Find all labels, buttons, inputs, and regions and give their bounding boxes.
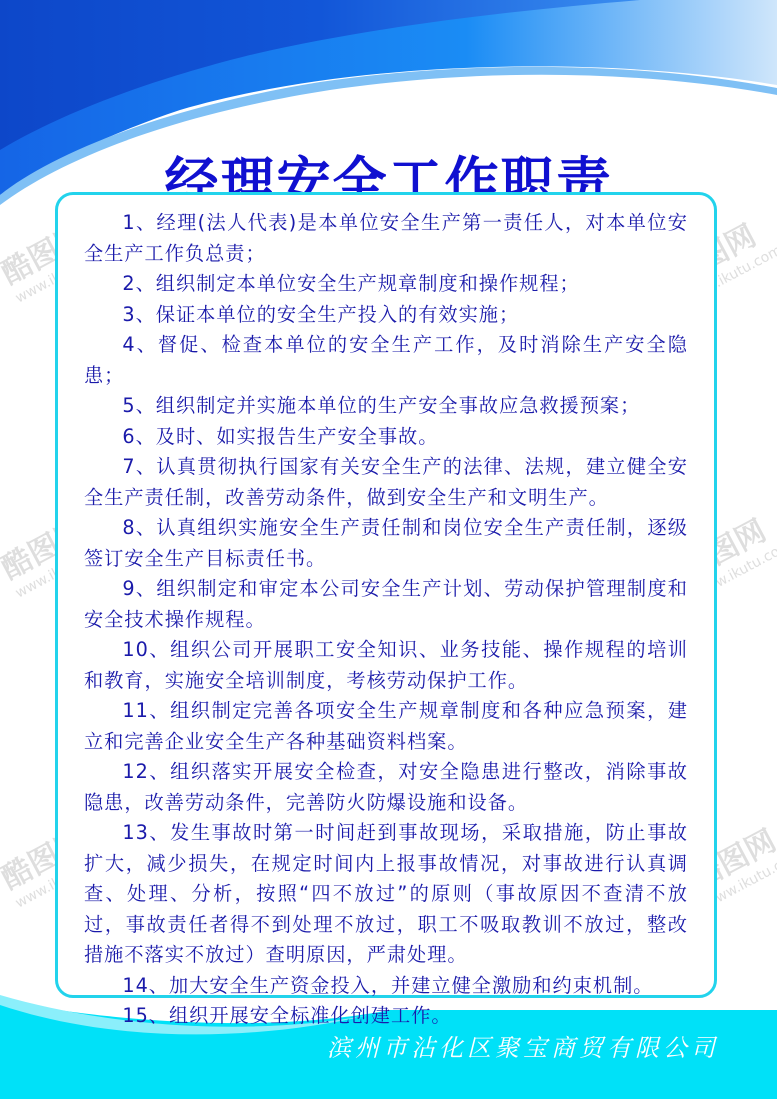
duty-item: 4、督促、检查本单位的安全生产工作，及时消除生产安全隐患； [84,330,688,391]
duty-item: 9、组织制定和审定本公司安全生产计划、劳动保护管理制度和安全技术操作规程。 [84,574,688,635]
duty-item: 5、组织制定并实施本单位的生产安全事故应急救援预案； [84,391,688,422]
duty-item: 15、组织开展安全标准化创建工作。 [84,1001,688,1032]
duty-item: 13、发生事故时第一时间赶到事故现场，采取措施，防止事故扩大，减少损失，在规定时… [84,818,688,971]
duty-item: 12、组织落实开展安全检查，对安全隐患进行整改，消除事故隐患，改善劳动条件，完善… [84,757,688,818]
duty-item: 10、组织公司开展职工安全知识、业务技能、操作规程的培训和教育，实施安全培训制度… [84,635,688,696]
duty-item: 8、认真组织实施安全生产责任制和岗位安全生产责任制，逐级签订安全生产目标责任书。 [84,513,688,574]
duties-list: 1、经理(法人代表)是本单位安全生产第一责任人，对本单位安全生产工作负总责； 2… [84,208,688,1032]
company-name: 滨州市沾化区聚宝商贸有限公司 [327,1028,719,1063]
duty-item: 11、组织制定完善各项安全生产规章制度和各种应急预案，建立和完善企业安全生产各种… [84,696,688,757]
duty-item: 2、组织制定本单位安全生产规章制度和操作规程； [84,269,688,300]
duty-item: 14、加大安全生产资金投入，并建立健全激励和约束机制。 [84,971,688,1002]
duty-item: 7、认真贯彻执行国家有关安全生产的法律、法规，建立健全安全生产责任制，改善劳动条… [84,452,688,513]
duty-item: 3、保证本单位的安全生产投入的有效实施； [84,300,688,331]
duty-item: 1、经理(法人代表)是本单位安全生产第一责任人，对本单位安全生产工作负总责； [84,208,688,269]
duty-item: 6、及时、如实报告生产安全事故。 [84,422,688,453]
